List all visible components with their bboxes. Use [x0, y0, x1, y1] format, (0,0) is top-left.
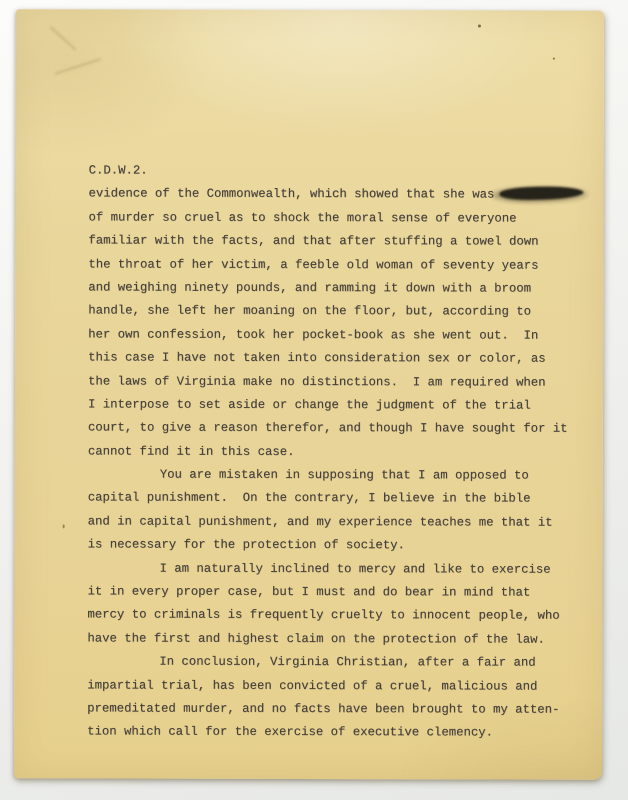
text-line: tion which call for the exercise of exec…	[87, 721, 593, 746]
paper-crease	[50, 26, 77, 50]
text-line: In conclusion, Virginia Christian, after…	[87, 651, 593, 676]
text-line: the throat of her victim, a feeble old w…	[88, 253, 594, 278]
text-line: I interpose to set aside or change the j…	[88, 393, 594, 418]
text-line: it in every proper case, but I must and …	[87, 580, 593, 605]
text-line: and in capital punishment, and my experi…	[88, 510, 594, 535]
text-line: is necessary for the protection of socie…	[88, 534, 594, 559]
paper: C.D.W.2. evidence of the Commonwealth, w…	[14, 9, 604, 780]
text-line: her own confession, took her pocket-book…	[88, 323, 594, 348]
page-header-code: C.D.W.2.	[89, 159, 595, 184]
text-line: You are mistaken in supposing that I am …	[88, 463, 594, 488]
text-line: impartial trial, has been convicted of a…	[87, 674, 593, 699]
paper-speck	[478, 24, 481, 27]
text-line: and weighing ninety pounds, and ramming …	[88, 276, 594, 301]
paragraph: I am naturally inclined to mercy and lik…	[87, 557, 593, 652]
text-line: have the first and highest claim on the …	[87, 627, 593, 652]
text-line: court, to give a reason therefor, and th…	[88, 417, 594, 442]
text-line: the laws of Virginia make no distinction…	[88, 370, 594, 395]
text-line-content: evidence of the Commonwealth, which show…	[89, 187, 495, 202]
text-line: familiar with the facts, and that after …	[88, 230, 594, 255]
paragraph: evidence of the Commonwealth, which show…	[88, 183, 595, 465]
text-line: evidence of the Commonwealth, which show…	[88, 183, 594, 208]
text-line: capital punishment. On the contrary, I b…	[88, 487, 594, 512]
scan-background: C.D.W.2. evidence of the Commonwealth, w…	[0, 0, 628, 800]
paragraph: You are mistaken in supposing that I am …	[88, 463, 594, 558]
text-line: premeditated murder, and no facts have b…	[87, 697, 593, 722]
text-line: this case I have not taken into consider…	[88, 347, 594, 372]
paper-crease	[55, 58, 101, 75]
ink-smudge	[499, 186, 583, 201]
text-line: cannot find it in this case.	[88, 440, 594, 465]
paragraph: In conclusion, Virginia Christian, after…	[87, 651, 593, 746]
text-line: I am naturally inclined to mercy and lik…	[88, 557, 594, 582]
text-line: handle, she left her moaning on the floo…	[88, 300, 594, 325]
document-text: C.D.W.2. evidence of the Commonwealth, w…	[87, 159, 595, 745]
paper-speck	[553, 58, 555, 60]
text-line: mercy to criminals is frequently cruelty…	[87, 604, 593, 629]
paper-speck	[63, 524, 65, 528]
text-line: of murder so cruel as to shock the moral…	[88, 206, 594, 231]
